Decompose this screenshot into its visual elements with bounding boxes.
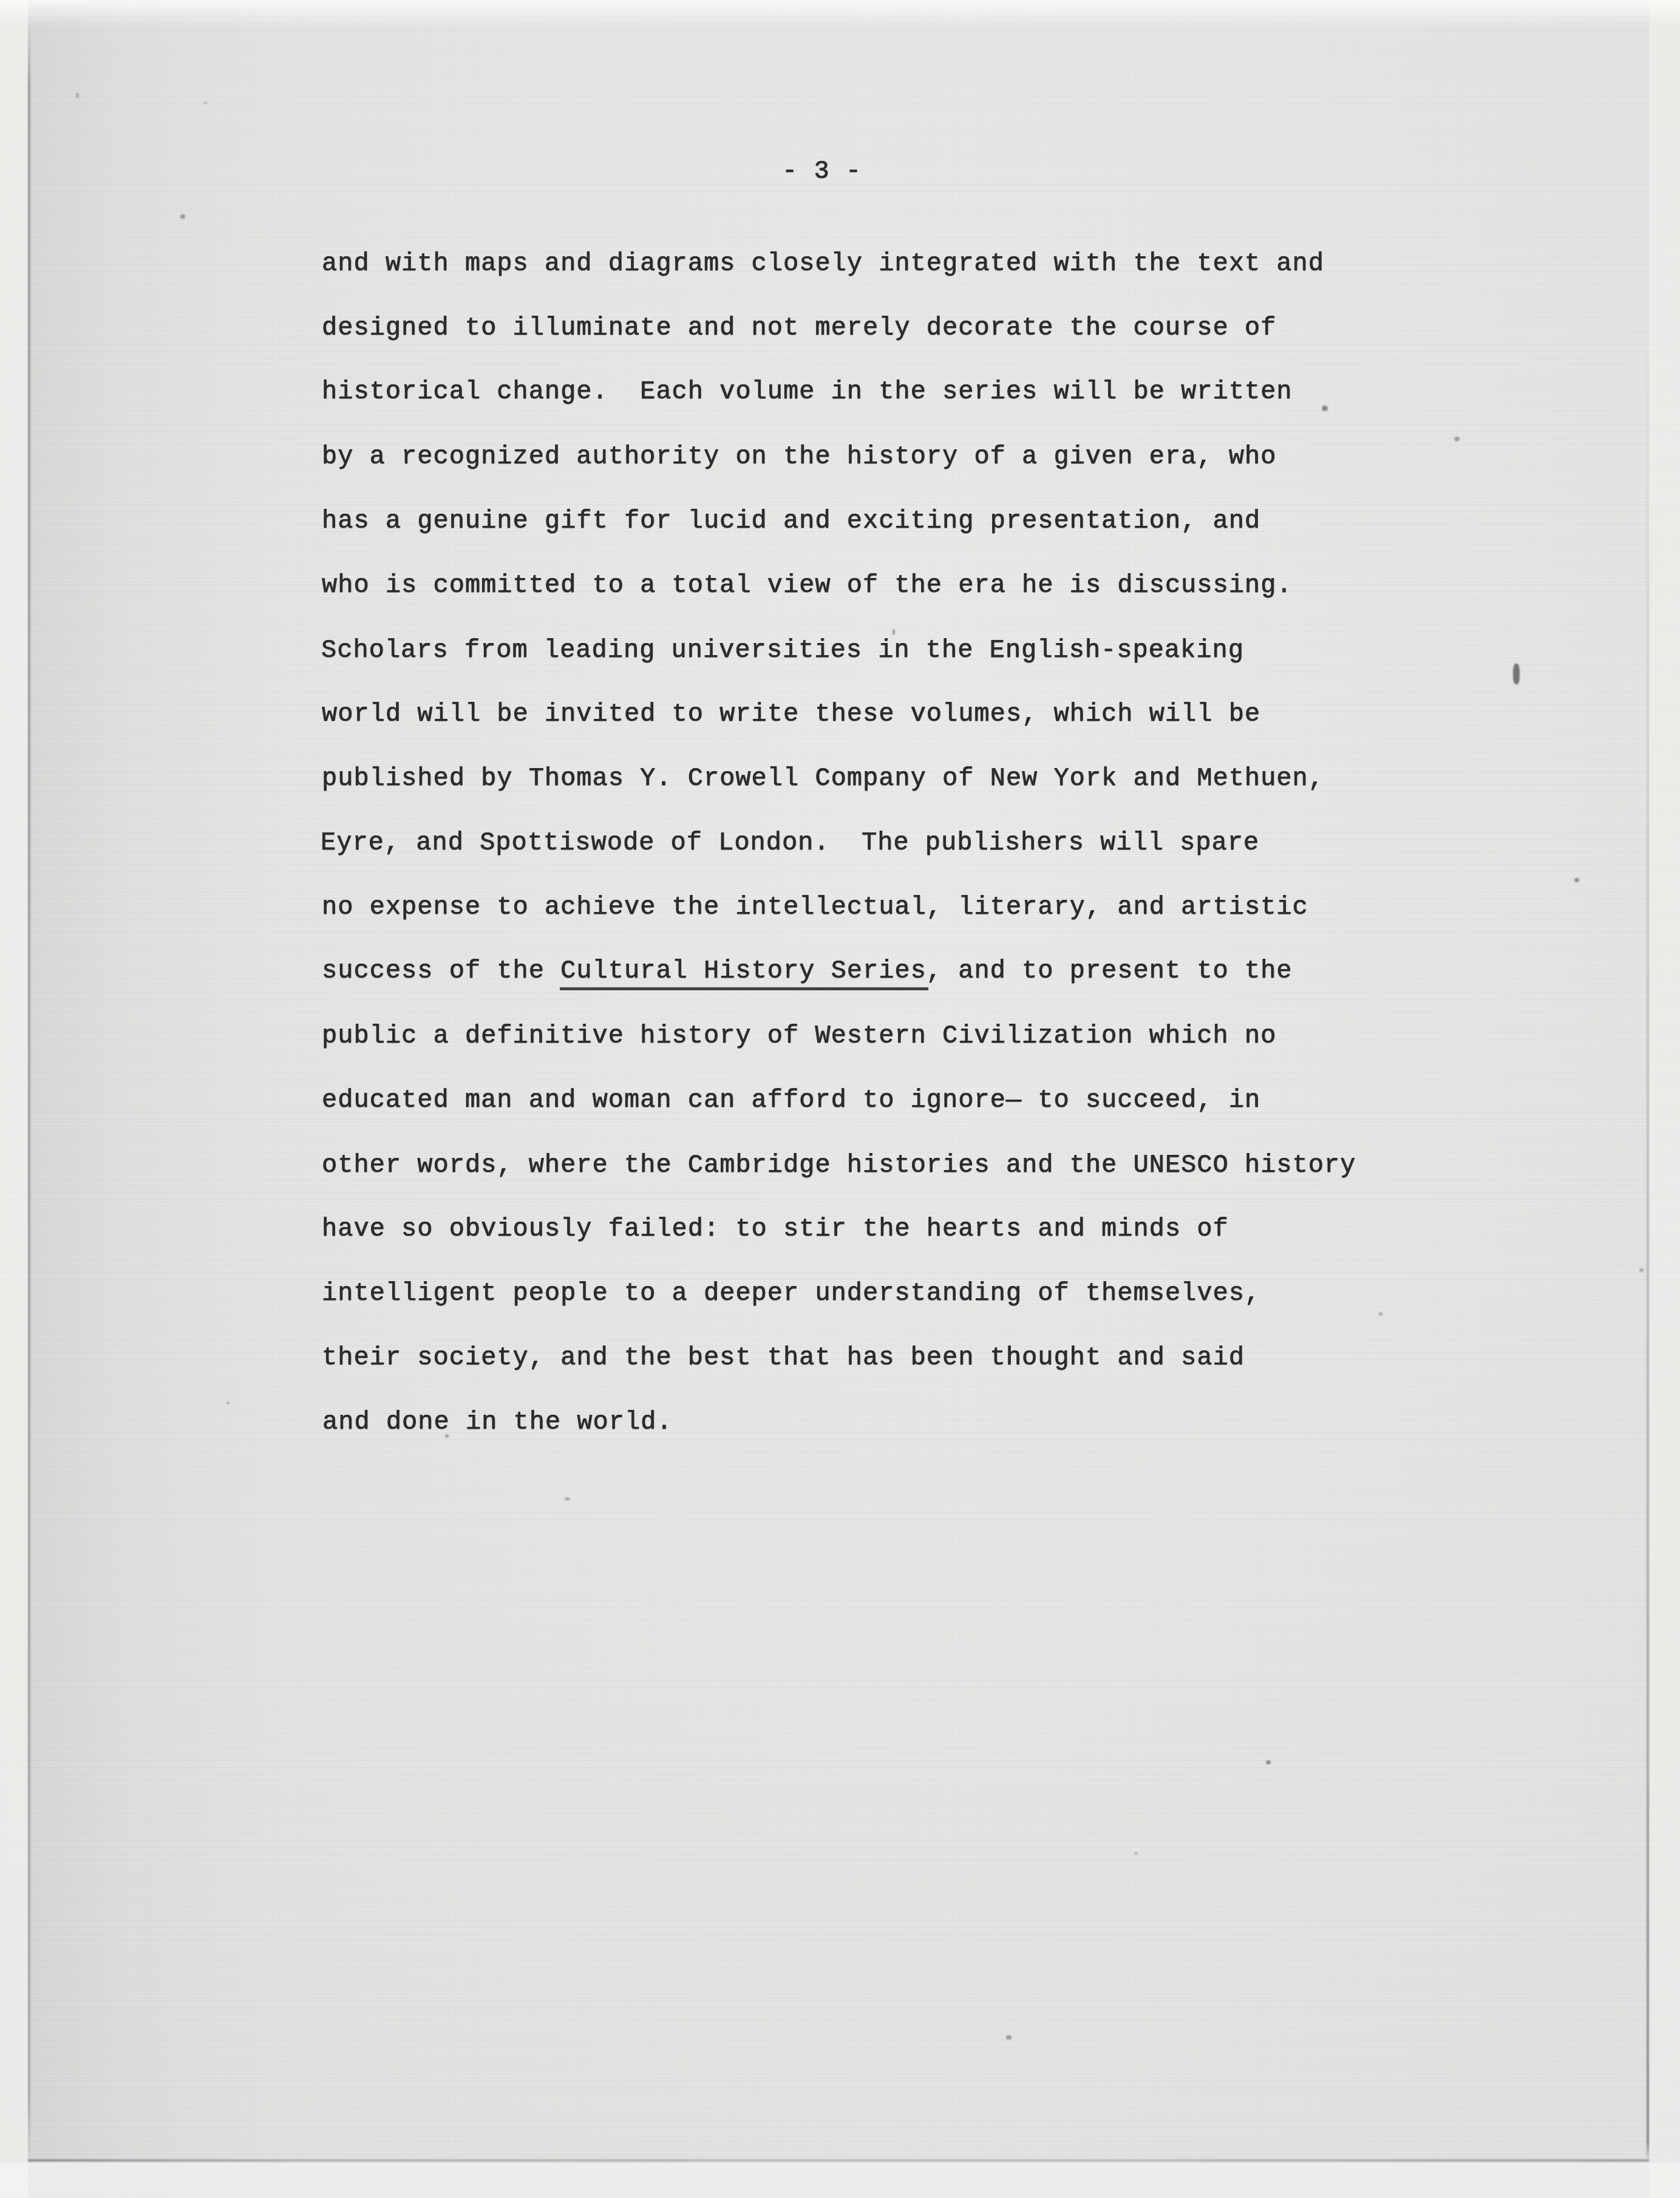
scanned-document-page: - 3 - and with maps and diagrams closely… (0, 0, 1680, 2198)
typed-line: historical change. Each volume in the se… (322, 359, 1439, 424)
underlined-series-title: Cultural History Series (560, 956, 928, 990)
typed-line: who is committed to a total view of the … (322, 553, 1439, 618)
typed-line: success of the Cultural History Series, … (322, 939, 1439, 1003)
scan-margin-bottom (0, 2163, 1680, 2198)
scan-margin-left (0, 0, 28, 2198)
typed-line: and with maps and diagrams closely integ… (322, 231, 1439, 296)
typed-text-segment: success of the (322, 956, 560, 985)
ink-speck (203, 101, 207, 104)
scan-margin-right (1649, 0, 1680, 2198)
ink-speck (1134, 1852, 1138, 1855)
ink-speck (76, 92, 79, 98)
typed-line: other words, where the Cambridge histori… (322, 1133, 1439, 1197)
ink-speck (180, 214, 185, 219)
ink-speck (1639, 1268, 1644, 1272)
typed-text-segment: and with maps and diagrams closely integ… (322, 249, 1324, 278)
typed-text-segment: have so obviously failed: to stir the he… (322, 1214, 1229, 1244)
typed-text-segment: historical change. Each volume in the se… (322, 377, 1292, 406)
ink-speck (1006, 2035, 1012, 2040)
typed-line: public a definitive history of Western C… (322, 1004, 1439, 1068)
typed-line: intelligent people to a deeper understan… (322, 1261, 1439, 1325)
sheet-edge-left (28, 24, 30, 2162)
typed-line: world will be invited to write these vol… (322, 682, 1439, 746)
scan-margin-top (0, 0, 1680, 27)
typed-line: Scholars from leading universities in th… (321, 618, 1438, 682)
typed-text-segment: , and to present to the (927, 956, 1293, 985)
typed-text-segment: public a definitive history of Western C… (322, 1021, 1276, 1050)
typed-text-segment: who is committed to a total view of the … (322, 571, 1292, 600)
typed-line: by a recognized authority on the history… (322, 424, 1439, 489)
page-number: - 3 - (782, 154, 862, 188)
typed-text-segment: educated man and woman can afford to ign… (322, 1086, 1260, 1115)
typed-text-segment: has a genuine gift for lucid and excitin… (322, 506, 1260, 536)
typed-line: no expense to achieve the intellectual, … (322, 875, 1439, 939)
typed-text-segment: other words, where the Cambridge histori… (322, 1151, 1356, 1180)
ink-speck (1266, 1760, 1271, 1764)
typed-text-segment: their society, and the best that has bee… (322, 1343, 1245, 1372)
typed-text-segment: published by Thomas Y. Crowell Company o… (322, 764, 1324, 793)
ink-speck (565, 1497, 570, 1500)
typed-text-segment: Scholars from leading universities in th… (321, 636, 1244, 665)
sheet-edge-bottom (28, 2159, 1649, 2162)
typed-line: have so obviously failed: to stir the he… (322, 1197, 1439, 1261)
typed-line: educated man and woman can afford to ign… (322, 1068, 1439, 1132)
typed-text-block: and with maps and diagrams closely integ… (322, 231, 1439, 1454)
typed-line: their society, and the best that has bee… (322, 1325, 1439, 1390)
ink-speck (1513, 664, 1520, 684)
typed-text-segment: designed to illuminate and not merely de… (322, 313, 1276, 342)
typed-line: and done in the world. (322, 1390, 1440, 1454)
typed-text-segment: and done in the world. (322, 1407, 673, 1437)
typed-text-segment: intelligent people to a deeper understan… (322, 1279, 1260, 1308)
ink-speck (226, 1401, 230, 1404)
typed-text-segment: world will be invited to write these vol… (322, 699, 1260, 729)
sheet-edge-right (1647, 304, 1649, 2162)
ink-speck (1454, 437, 1460, 441)
typed-line: published by Thomas Y. Crowell Company o… (322, 746, 1439, 811)
typed-line: Eyre, and Spottiswode of London. The pub… (321, 811, 1438, 875)
typed-text-segment: by a recognized authority on the history… (322, 442, 1276, 471)
typed-text-segment: no expense to achieve the intellectual, … (322, 893, 1308, 922)
ink-speck (1574, 878, 1579, 882)
typed-line: has a genuine gift for lucid and excitin… (322, 489, 1439, 553)
typed-line: designed to illuminate and not merely de… (322, 296, 1439, 360)
typed-text-segment: Eyre, and Spottiswode of London. The pub… (321, 828, 1259, 857)
